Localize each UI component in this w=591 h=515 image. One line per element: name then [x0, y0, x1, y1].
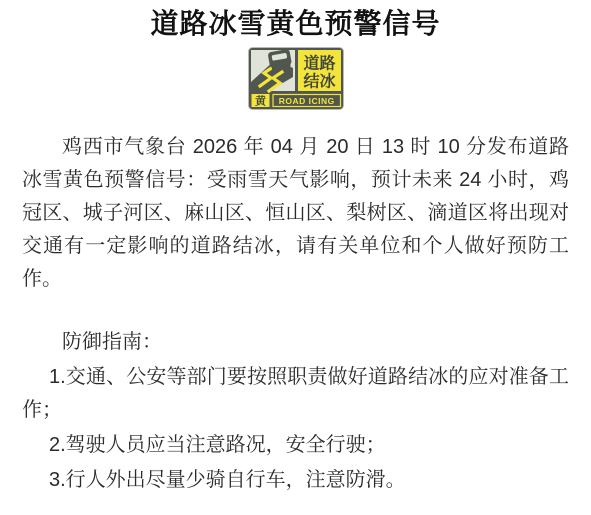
warning-level-char: 黄	[255, 94, 267, 108]
page-title: 道路冰雪黄色预警信号	[0, 0, 591, 40]
warning-paragraph: 鸡西市气象台 2026 年 04 月 20 日 13 时 10 分发布道路冰雪黄…	[22, 131, 569, 296]
article-body: 鸡西市气象台 2026 年 04 月 20 日 13 时 10 分发布道路冰雪黄…	[22, 131, 569, 497]
warning-article-page: 道路冰雪黄色预警信号	[0, 0, 591, 515]
warning-level-box: 黄	[251, 94, 269, 108]
warning-english-label: ROAD ICING	[278, 96, 334, 106]
road-icing-warning-icon: 道路 结冰 黄 ROAD ICING	[248, 47, 344, 110]
defense-guide-item-1: 1.交通、公安等部门要按照职责做好道路结冰的应对准备工作；	[22, 361, 569, 427]
warning-name-row2: 结冰	[303, 73, 335, 91]
defense-guide-item-3: 3.行人外出尽量少骑自行车，注意防滑。	[22, 464, 569, 497]
defense-guide-item-2: 2.驾驶人员应当注意路况，安全行驶；	[22, 429, 569, 462]
defense-guide-heading: 防御指南：	[22, 326, 569, 359]
skidding-car-icon	[251, 49, 295, 91]
warning-english-box: ROAD ICING	[273, 95, 341, 107]
warning-name-panel: 道路 结冰	[298, 50, 341, 91]
warning-badge: 道路 结冰 黄 ROAD ICING	[0, 47, 591, 110]
warning-name-row1: 道路	[303, 54, 335, 73]
